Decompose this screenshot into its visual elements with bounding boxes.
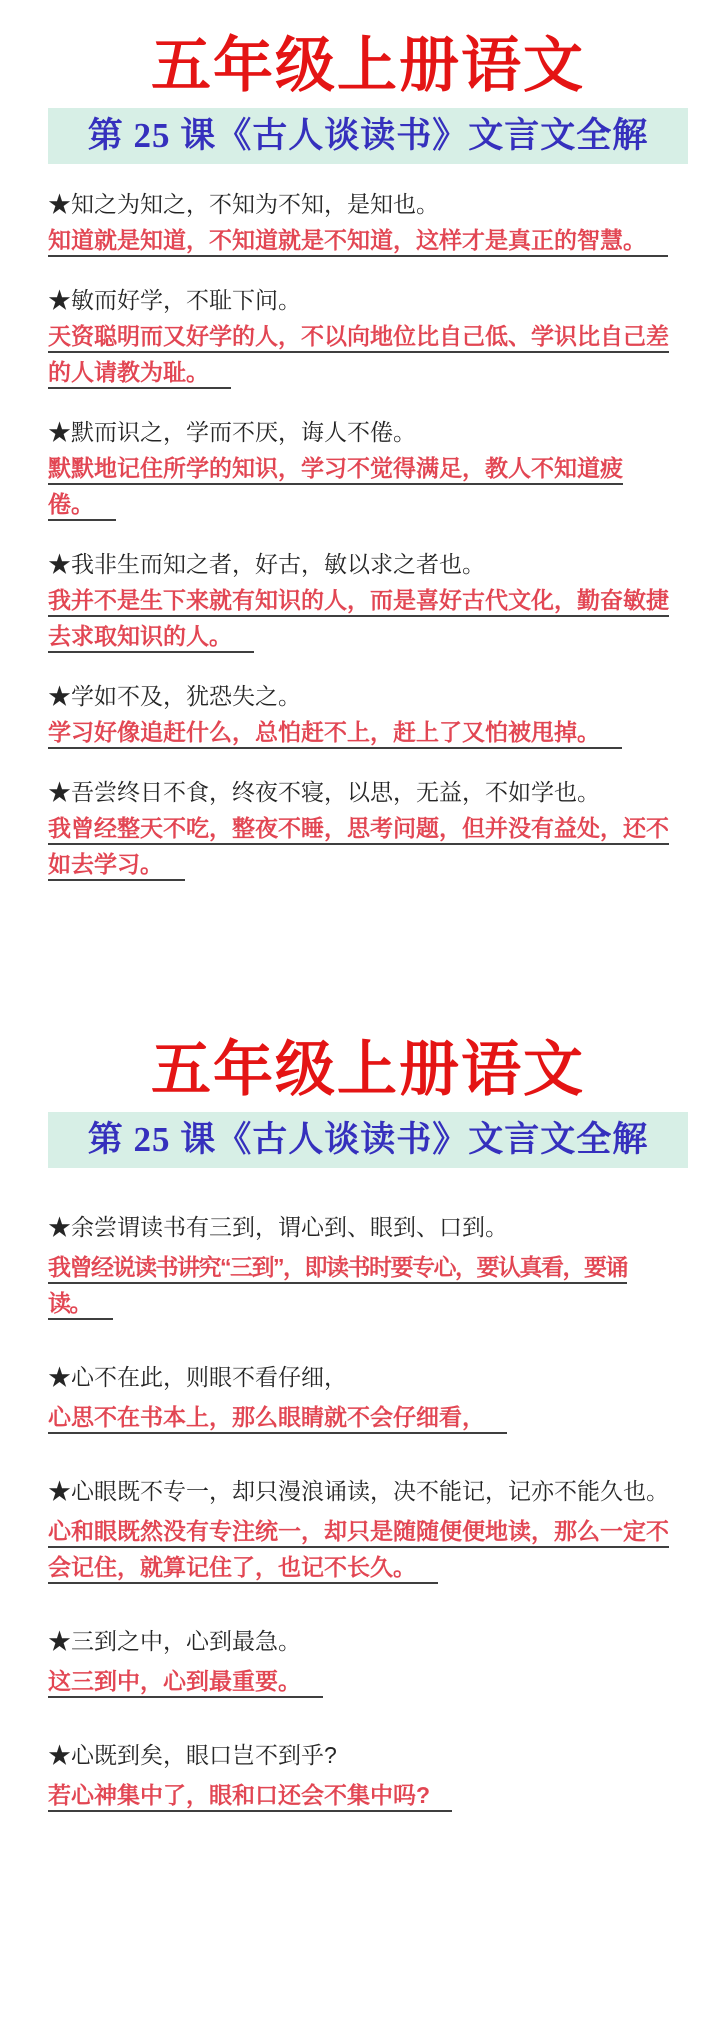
lesson-banner: 第 25 课《古人谈读书》文言文全解 <box>48 108 688 164</box>
section: 五年级上册语文 第 25 课《古人谈读书》文言文全解 ★余尝谓读书有三到，谓心到… <box>0 1040 719 1813</box>
translation-underlined: 我曾经说读书讲究“三到”，即读书时要专心，要认真看，要诵读。 <box>48 1254 627 1320</box>
entry: ★敏而好学，不耻下问。 天资聪明而又好学的人，不以向地位比自己低、学识比自己差的… <box>48 284 688 390</box>
original-text: ★心既到矣，眼口岂不到乎? <box>48 1739 688 1771</box>
entry-list: ★知之为知之，不知为不知，是知也。 知道就是知道，不知道就是不知道，这样才是真正… <box>48 188 688 882</box>
entry: ★吾尝终日不食，终夜不寝，以思，无益，不如学也。 我曾经整天不吃，整夜不睡，思考… <box>48 776 688 882</box>
original-text: ★心眼既不专一，却只漫浪诵读，决不能记，记亦不能久也。 <box>48 1475 688 1507</box>
original-text: ★知之为知之，不知为不知，是知也。 <box>48 188 688 220</box>
page-title: 五年级上册语文 <box>48 36 688 96</box>
entry: ★知之为知之，不知为不知，是知也。 知道就是知道，不知道就是不知道，这样才是真正… <box>48 188 688 258</box>
translation-underlined: 若心神集中了，眼和口还会不集中吗? <box>48 1782 452 1812</box>
entry: ★余尝谓读书有三到，谓心到、眼到、口到。 我曾经说读书讲究“三到”，即读书时要专… <box>48 1211 688 1321</box>
translation-underlined: 心思不在书本上，那么眼睛就不会仔细看， <box>48 1404 507 1434</box>
translation-underlined: 知道就是知道，不知道就是不知道，这样才是真正的智慧。 <box>48 227 668 257</box>
entry: ★三到之中，心到最急。 这三到中，心到最重要。 <box>48 1625 688 1699</box>
original-text: ★余尝谓读书有三到，谓心到、眼到、口到。 <box>48 1211 688 1243</box>
translation-text: 学习好像追赶什么，总怕赶不上，赶上了又怕被甩掉。 <box>48 714 688 750</box>
lesson-subtitle: 第 25 课《古人谈读书》文言文全解 <box>88 116 649 155</box>
original-text: ★默而识之，学而不厌，诲人不倦。 <box>48 416 688 448</box>
translation-text: 若心神集中了，眼和口还会不集中吗? <box>48 1777 688 1813</box>
translation-text: 这三到中，心到最重要。 <box>48 1663 688 1699</box>
translation-underlined: 心和眼既然没有专注统一，却只是随随便便地读，那么一定不会记住，就算记住了，也记不… <box>48 1518 669 1584</box>
entry: ★心眼既不专一，却只漫浪诵读，决不能记，记亦不能久也。 心和眼既然没有专注统一，… <box>48 1475 688 1585</box>
original-text: ★我非生而知之者，好古，敏以求之者也。 <box>48 548 688 580</box>
lesson-banner: 第 25 课《古人谈读书》文言文全解 <box>48 1112 688 1168</box>
entry: ★心既到矣，眼口岂不到乎? 若心神集中了，眼和口还会不集中吗? <box>48 1739 688 1813</box>
entry: ★默而识之，学而不厌，诲人不倦。 默默地记住所学的知识，学习不觉得满足，教人不知… <box>48 416 688 522</box>
section: 五年级上册语文 第 25 课《古人谈读书》文言文全解 ★知之为知之，不知为不知，… <box>0 36 719 882</box>
translation-underlined: 默默地记住所学的知识，学习不觉得满足，教人不知道疲倦。 <box>48 455 623 521</box>
translation-underlined: 这三到中，心到最重要。 <box>48 1668 323 1698</box>
entry: ★学如不及，犹恐失之。 学习好像追赶什么，总怕赶不上，赶上了又怕被甩掉。 <box>48 680 688 750</box>
original-text: ★吾尝终日不食，终夜不寝，以思，无益，不如学也。 <box>48 776 688 808</box>
translation-underlined: 学习好像追赶什么，总怕赶不上，赶上了又怕被甩掉。 <box>48 719 622 749</box>
entry-list: ★余尝谓读书有三到，谓心到、眼到、口到。 我曾经说读书讲究“三到”，即读书时要专… <box>48 1211 688 1813</box>
translation-underlined: 天资聪明而又好学的人，不以向地位比自己低、学识比自己差的人请教为耻。 <box>48 323 669 389</box>
page-title: 五年级上册语文 <box>48 1040 688 1100</box>
translation-text: 我曾经说读书讲究“三到”，即读书时要专心，要认真看，要诵读。 <box>48 1249 688 1321</box>
entry: ★我非生而知之者，好古，敏以求之者也。 我并不是生下来就有知识的人，而是喜好古代… <box>48 548 688 654</box>
original-text: ★敏而好学，不耻下问。 <box>48 284 688 316</box>
worksheet-page: 五年级上册语文 第 25 课《古人谈读书》文言文全解 ★知之为知之，不知为不知，… <box>0 0 719 2036</box>
original-text: ★心不在此，则眼不看仔细， <box>48 1361 688 1393</box>
original-text: ★三到之中，心到最急。 <box>48 1625 688 1657</box>
lesson-subtitle: 第 25 课《古人谈读书》文言文全解 <box>88 1120 649 1159</box>
translation-text: 我曾经整天不吃，整夜不睡，思考问题，但并没有益处，还不如去学习。 <box>48 810 688 882</box>
translation-text: 默默地记住所学的知识，学习不觉得满足，教人不知道疲倦。 <box>48 450 688 522</box>
translation-text: 心和眼既然没有专注统一，却只是随随便便地读，那么一定不会记住，就算记住了，也记不… <box>48 1513 688 1585</box>
translation-text: 我并不是生下来就有知识的人，而是喜好古代文化，勤奋敏捷去求取知识的人。 <box>48 582 688 654</box>
translation-text: 心思不在书本上，那么眼睛就不会仔细看， <box>48 1399 688 1435</box>
translation-underlined: 我曾经整天不吃，整夜不睡，思考问题，但并没有益处，还不如去学习。 <box>48 815 669 881</box>
entry: ★心不在此，则眼不看仔细， 心思不在书本上，那么眼睛就不会仔细看， <box>48 1361 688 1435</box>
translation-underlined: 我并不是生下来就有知识的人，而是喜好古代文化，勤奋敏捷去求取知识的人。 <box>48 587 669 653</box>
original-text: ★学如不及，犹恐失之。 <box>48 680 688 712</box>
translation-text: 知道就是知道，不知道就是不知道，这样才是真正的智慧。 <box>48 222 688 258</box>
translation-text: 天资聪明而又好学的人，不以向地位比自己低、学识比自己差的人请教为耻。 <box>48 318 688 390</box>
